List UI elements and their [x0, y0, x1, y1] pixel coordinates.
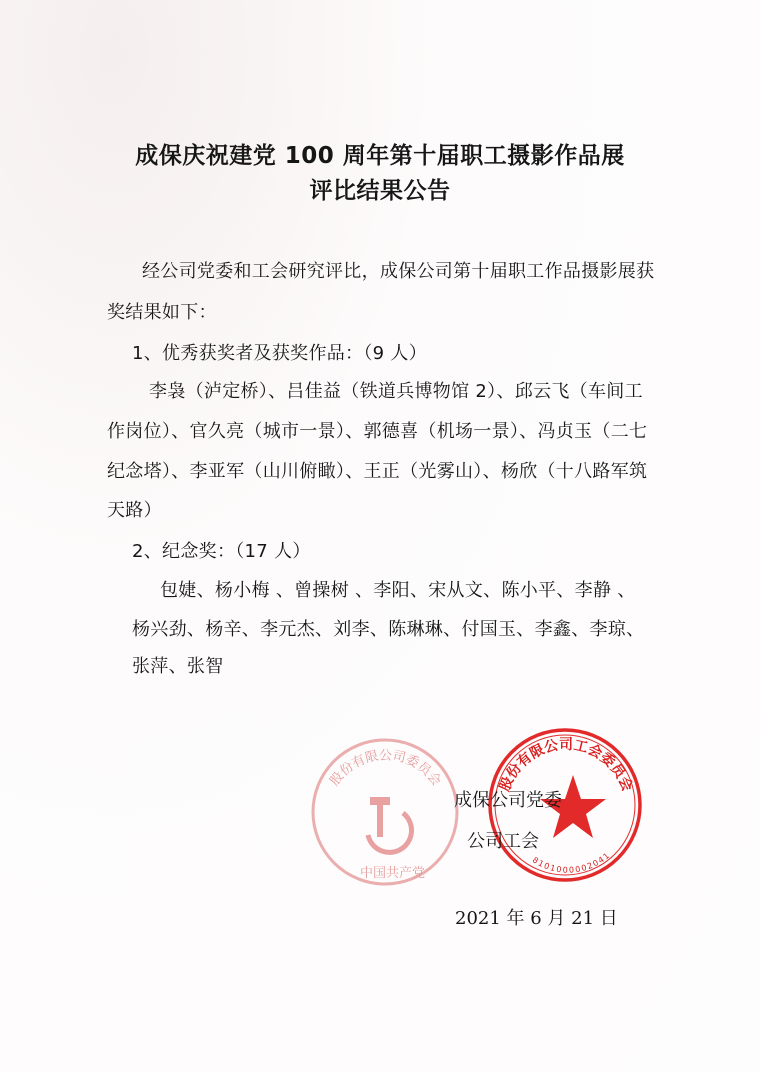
- document-page: 成保庆祝建党 100 周年第十届职工摄影作品展 评比结果公告 经公司党委和工会研…: [0, 0, 760, 1072]
- section1-line: 作岗位）、官久亮（城市一景）、郭德喜（机场一景）、冯贞玉（二七: [107, 417, 647, 443]
- section1-line: 纪念塔）、李亚军（山川俯瞰）、王正（光雾山）、杨欣（十八路军筑: [107, 457, 647, 483]
- party-stamp-bottom-text: 中国共产党: [360, 865, 425, 881]
- section1-line: 李袅（泸定桥）、吕佳益（铁道兵博物馆 2）、邱云飞（车间工: [149, 377, 643, 403]
- document-title-line2: 评比结果公告: [0, 172, 760, 205]
- section2-line: 张萍、张智: [132, 652, 224, 678]
- party-committee-stamp: 股份有限公司委员会 中国共产党: [308, 735, 463, 890]
- intro-line-1: 经公司党委和工会研究评比，成保公司第十届职工作品摄影展获: [142, 257, 654, 283]
- signature-trade-union: 公司工会: [467, 827, 539, 853]
- signature-party-committee: 成保公司党委: [454, 786, 562, 812]
- section2-line: 杨兴劲、杨辛、李元杰、刘李、陈琳琳、付国玉、李鑫、李琼、: [132, 615, 644, 641]
- hammer-sickle-icon: [368, 797, 412, 852]
- section2-line: 包婕、杨小梅 、曾操树 、李阳、宋从文、陈小平、李静 、: [160, 576, 636, 602]
- section1-heading: 1、优秀获奖者及获奖作品：（9 人）: [132, 339, 427, 365]
- section1-line: 天路）: [107, 496, 162, 522]
- intro-line-2: 奖结果如下：: [107, 298, 217, 324]
- section2-heading: 2、纪念奖：（17 人）: [132, 537, 311, 563]
- document-title-line1: 成保庆祝建党 100 周年第十届职工摄影作品展: [0, 137, 760, 170]
- document-date: 2021 年 6 月 21 日: [455, 904, 618, 930]
